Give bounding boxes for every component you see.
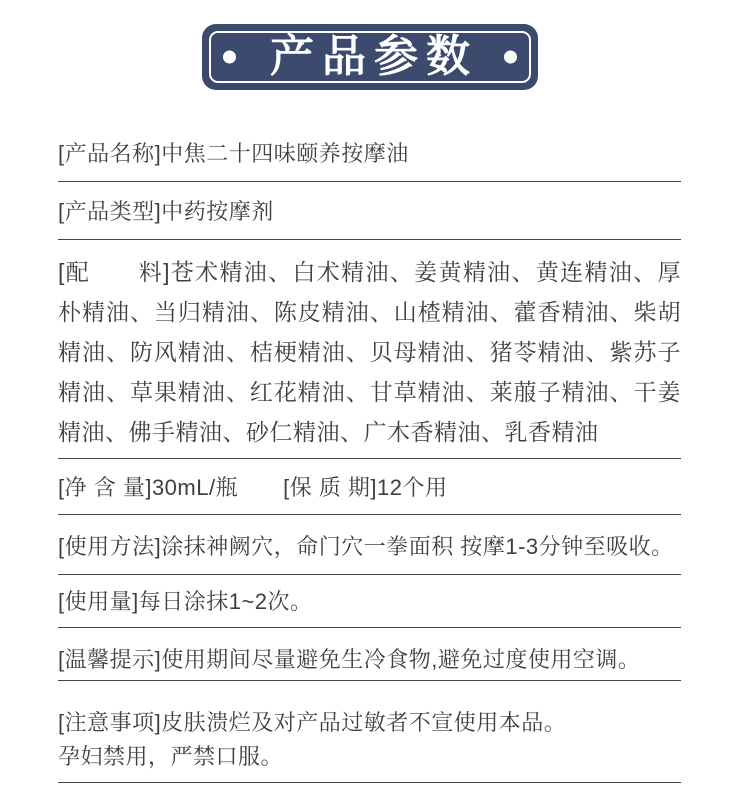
bullet-dot-icon xyxy=(504,51,517,64)
precautions-line2: 孕妇禁用，严禁口服。 xyxy=(58,740,681,774)
row-precautions: [注意事项]皮肤溃烂及对产品过敏者不宣使用本品。 孕妇禁用，严禁口服。 xyxy=(58,681,681,783)
product-name-text: [产品名称]中焦二十四味颐养按摩油 xyxy=(58,142,681,166)
row-product-name: [产品名称]中焦二十四味颐养按摩油 xyxy=(58,90,681,182)
warm-tips-text: [温馨提示]使用期间尽量避免生冷食物,避免过度使用空调。 xyxy=(58,648,681,672)
banner-inner-border: 产品参数 xyxy=(209,31,531,83)
section-header-banner: 产品参数 xyxy=(202,24,538,90)
row-warm-tips: [温馨提示]使用期间尽量避免生冷食物,避免过度使用空调。 xyxy=(58,628,681,681)
row-net-content-shelf-life: [净 含 量]30mL/瓶 [保 质 期]12个用 xyxy=(58,459,681,515)
bullet-dot-icon xyxy=(223,51,236,64)
usage-amount-text: [使用量]每日涂抹1~2次。 xyxy=(58,590,681,614)
row-product-type: [产品类型]中药按摩剂 xyxy=(58,182,681,240)
usage-method-text: [使用方法]涂抹神阙穴，命门穴一拳面积 按摩1-3分钟至吸收。 xyxy=(58,535,681,559)
product-type-text: [产品类型]中药按摩剂 xyxy=(58,200,681,224)
row-ingredients: [配 料]苍术精油、白术精油、姜黄精油、黄连精油、厚朴精油、当归精油、陈皮精油、… xyxy=(58,240,681,459)
row-usage-amount: [使用量]每日涂抹1~2次。 xyxy=(58,575,681,628)
spec-list: [产品名称]中焦二十四味颐养按摩油 [产品类型]中药按摩剂 [配 料]苍术精油、… xyxy=(58,90,681,783)
page-title: 产品参数 xyxy=(262,35,478,79)
ingredients-text: [配 料]苍术精油、白术精油、姜黄精油、黄连精油、厚朴精油、当归精油、陈皮精油、… xyxy=(58,252,681,452)
row-usage-method: [使用方法]涂抹神阙穴，命门穴一拳面积 按摩1-3分钟至吸收。 xyxy=(58,515,681,575)
product-parameters-page: 产品参数 [产品名称]中焦二十四味颐养按摩油 [产品类型]中药按摩剂 [配 料]… xyxy=(0,0,750,800)
precautions-line1: [注意事项]皮肤溃烂及对产品过敏者不宣使用本品。 xyxy=(58,706,681,740)
net-content-shelf-life-text: [净 含 量]30mL/瓶 [保 质 期]12个用 xyxy=(58,476,681,500)
